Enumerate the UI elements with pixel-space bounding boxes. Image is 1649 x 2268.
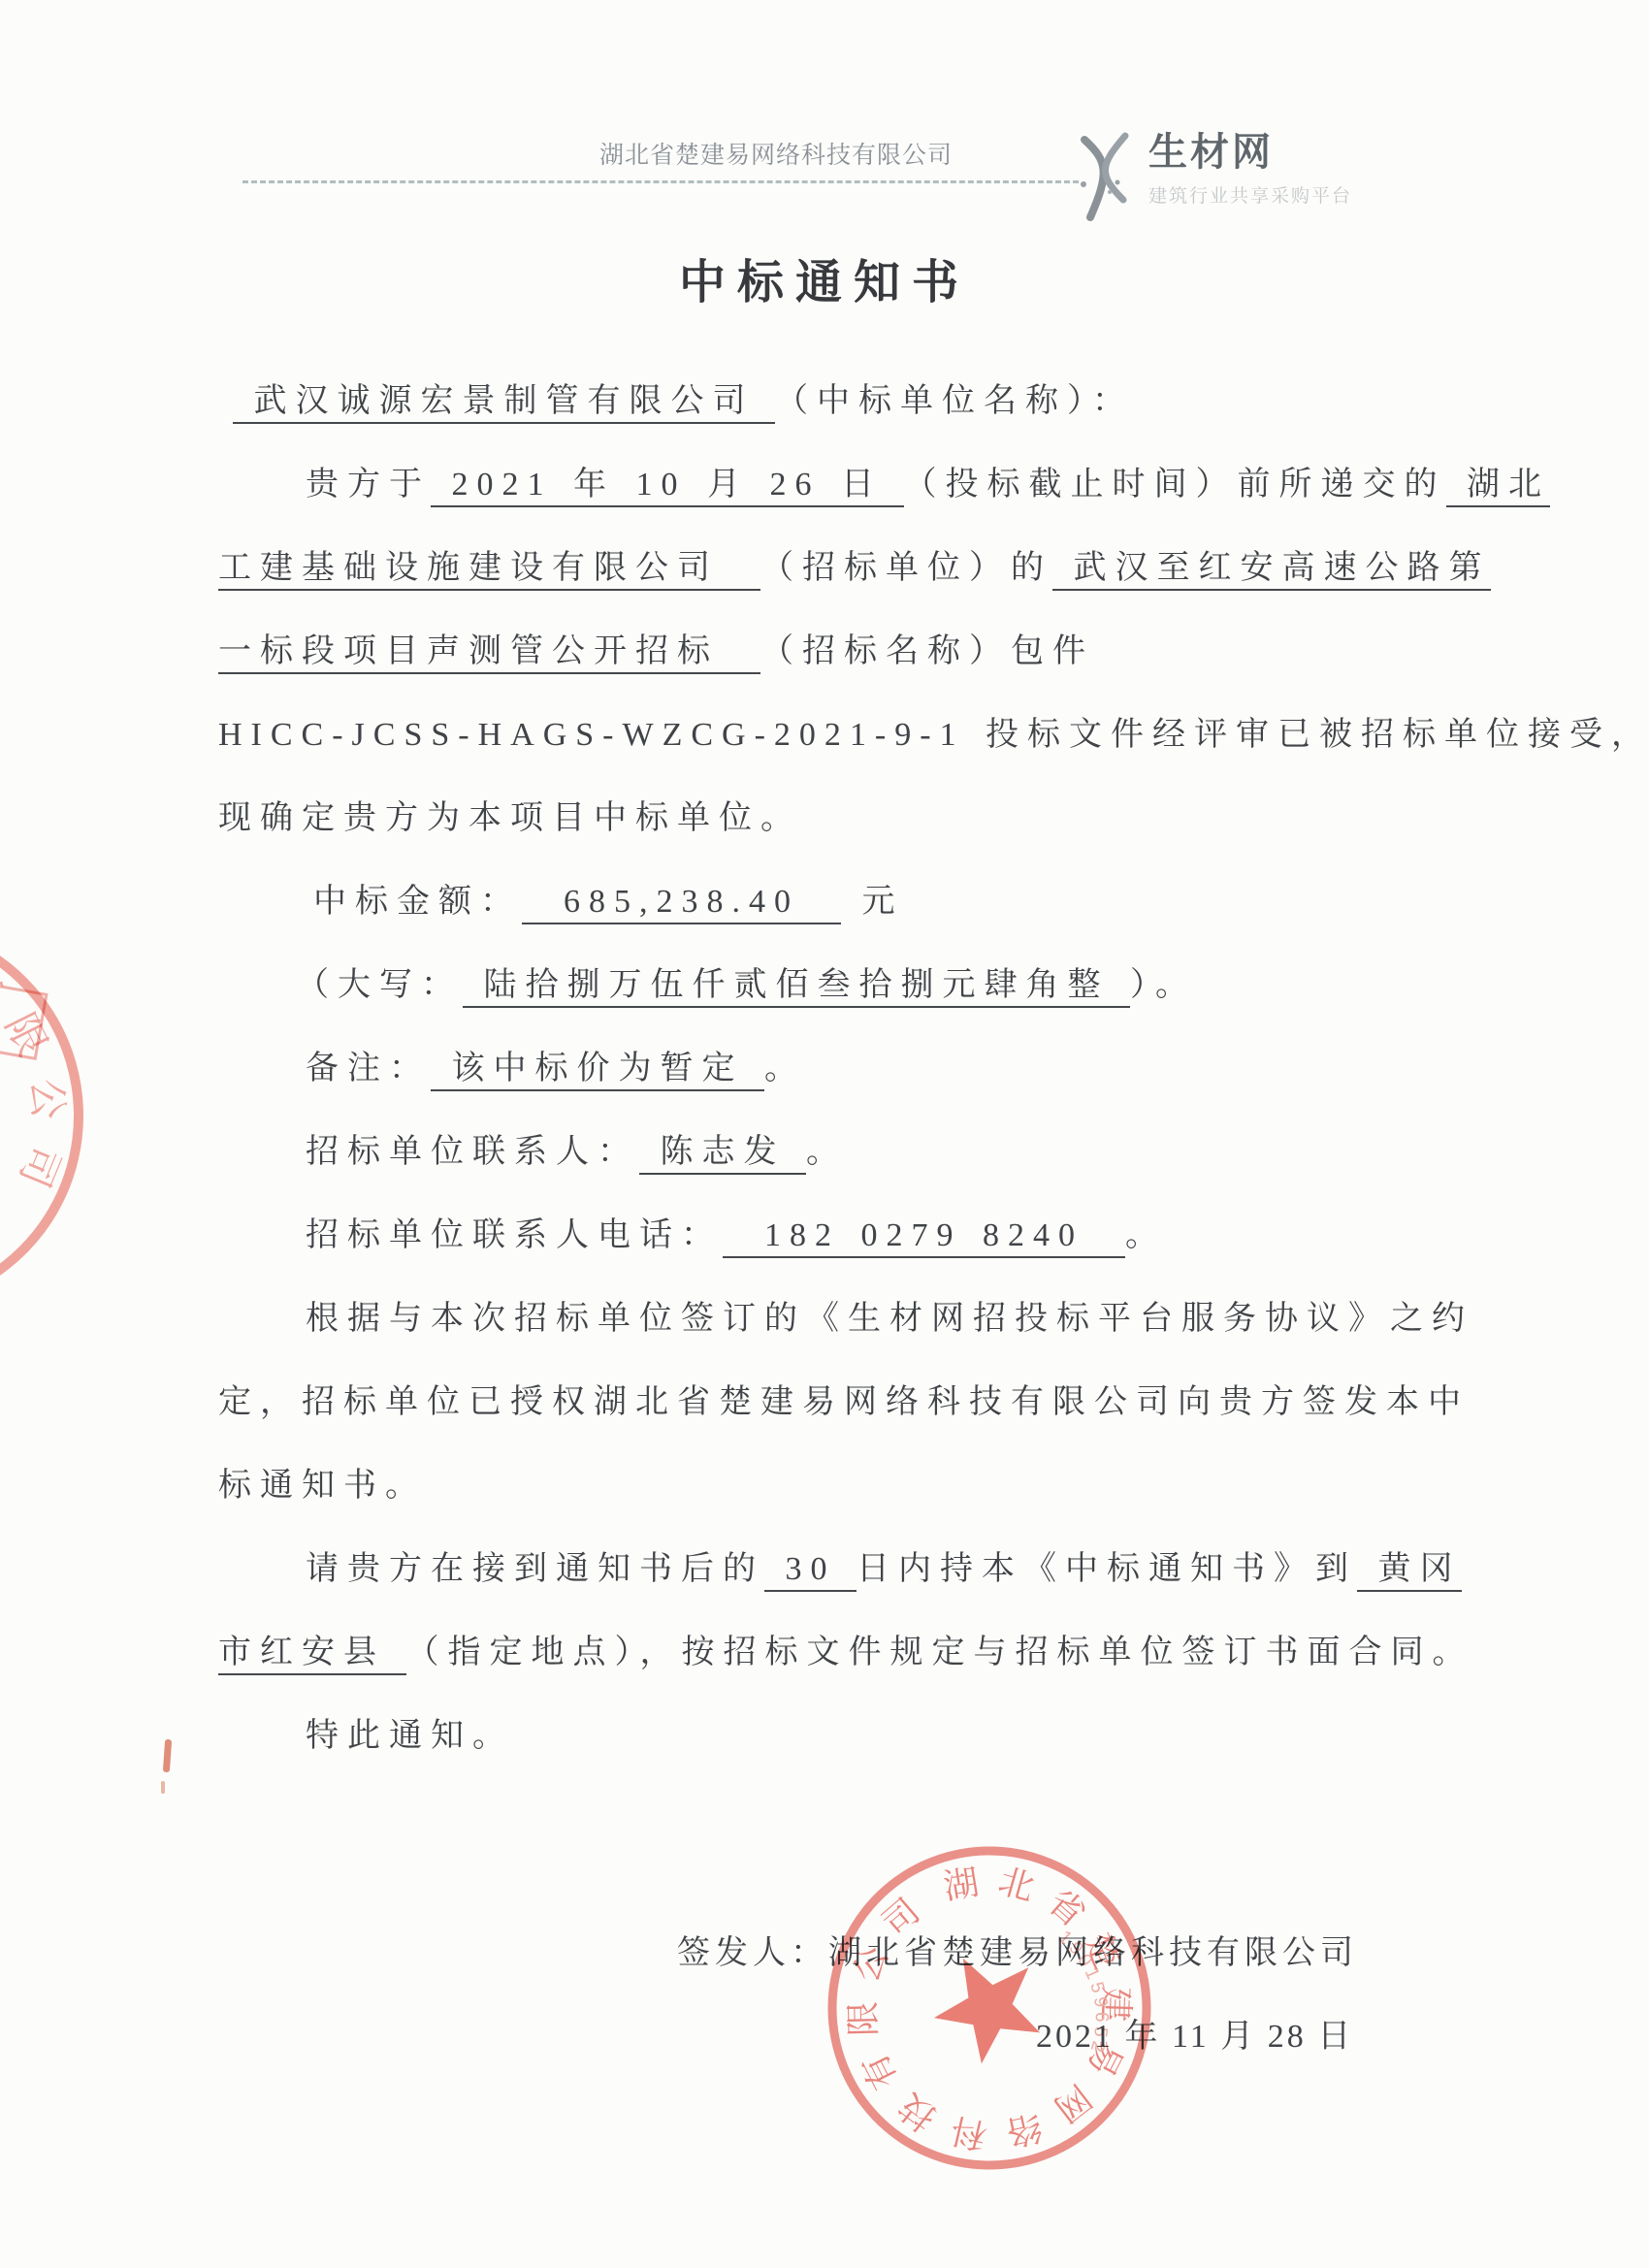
body-text: （投标截止时间）前所递交的 [904, 467, 1446, 502]
scanned-document-page: 湖北省楚建易网络科技有限公司 生材网 建筑行业共享采购平台 中标通知书 武汉诚源… [0, 0, 1649, 2268]
filled-in-value: 武汉至红安高速公路第 [1052, 550, 1491, 591]
filled-in-value: 武汉诚源宏景制管有限公司 [233, 383, 775, 424]
seal-ring-text: 湖北省楚建易网络科技有限公司 [0, 902, 102, 1329]
body-text: 现确定贵方为本项目中标单位。 [218, 800, 802, 836]
issue-date: 2021 年 11 月 28 日 [1036, 2012, 1353, 2062]
body-text: 贵方于 [306, 467, 431, 502]
body-line: HICC-JCSS-HAGS-WZCG-2021-9-1 投标文件经评审已被招标… [218, 694, 1567, 777]
header-dashed-divider [242, 180, 1079, 183]
svg-text:湖北省楚建易网络科技有限公司: 湖北省楚建易网络科技有限公司 [815, 1833, 1164, 2183]
body-line: 招标单位联系人： 陈志发 。 [218, 1111, 1567, 1194]
body-text: HICC-JCSS-HAGS-WZCG-2021-9-1 投标文件经评审已被招标… [218, 717, 1649, 753]
body-line: 贵方于 2021 年 10 月 26 日 （投标截止时间）前所递交的 湖北 [218, 443, 1567, 527]
body-text: （中标单位名称）： [775, 383, 1134, 419]
body-line: 请贵方在接到通知书后的 30 日内持本《中标通知书》到 黄冈 [218, 1528, 1567, 1611]
filled-in-value: 湖北 [1446, 467, 1551, 507]
square-seal-fragment [0, 983, 48, 1060]
body-text: （招标单位）的 [760, 550, 1052, 586]
filled-in-value: 市红安县 [218, 1635, 406, 1675]
body-line: 招标单位联系人电话： 182 0279 8240 。 [218, 1194, 1567, 1278]
filled-in-value: 182 0279 8240 [723, 1217, 1125, 1258]
seal-ring-text: 湖北省楚建易网络科技有限公司 [815, 1833, 1164, 2183]
body-line: 中标金额： 685,238.40 元 [218, 860, 1567, 944]
filled-in-value: 30 [764, 1551, 857, 1592]
logo-tagline: 建筑行业共享采购平台 [1148, 181, 1352, 208]
body-line: 工建基础设施建设有限公司 （招标单位）的 武汉至红安高速公路第 [218, 527, 1567, 610]
svg-text:湖北省楚建易网络科技有限公司: 湖北省楚建易网络科技有限公司 [0, 902, 102, 1329]
body-line: 特此通知。 [218, 1695, 1567, 1778]
filled-in-value: 2021 年 10 月 26 日 [431, 467, 904, 507]
body-text: 日内持本《中标通知书》到 [857, 1551, 1357, 1587]
logo-x-icon [1075, 132, 1135, 225]
filled-in-value: 工建基础设施建设有限公司 [218, 550, 760, 591]
body-line: （大写： 陆拾捌万伍仟贰佰叁拾捌元肆角整 ）。 [218, 944, 1567, 1027]
logo: 生材网 建筑行业共享采购平台 [1075, 130, 1385, 227]
body-line: 现确定贵方为本项目中标单位。 [218, 777, 1567, 860]
body-text: 定，招标单位已授权湖北省楚建易网络科技有限公司向贵方签发本中 [218, 1384, 1470, 1420]
body-text: 中标金额： [313, 884, 522, 920]
body-line: 武汉诚源宏景制管有限公司 （中标单位名称）： [218, 360, 1567, 443]
body-text: （指定地点），按招标文件规定与招标单位签订书面合同。 [406, 1635, 1474, 1670]
logo-name: 生材网 [1148, 130, 1352, 175]
body-text: （招标名称）包件 [760, 633, 1094, 669]
document-body: 武汉诚源宏景制管有限公司 （中标单位名称）：贵方于 2021 年 10 月 26… [218, 360, 1567, 1778]
filled-in-value: 该中标价为暂定 [431, 1051, 764, 1091]
body-text: 根据与本次招标单位签订的《生材网招投标平台服务协议》之约 [306, 1301, 1473, 1337]
body-text: 请贵方在接到通知书后的 [306, 1551, 764, 1587]
body-text: 标通知书。 [218, 1468, 427, 1504]
body-text: 。 [764, 1051, 806, 1086]
filled-in-value: 一标段项目声测管公开招标 [218, 633, 760, 674]
issuer-line: 签发人：湖北省楚建易网络科技有限公司 [677, 1928, 1358, 1979]
body-text: 元 [841, 884, 904, 920]
filled-in-value: 陆拾捌万伍仟贰佰叁拾捌元肆角整 [463, 967, 1130, 1008]
filled-in-value: 黄冈 [1357, 1551, 1462, 1592]
body-text: 。 [806, 1134, 848, 1170]
company-seal-stamp: 湖北省楚建易网络科技有限公司 190159652 [815, 1833, 1164, 2183]
red-ink-mark [163, 1739, 172, 1772]
left-partial-seal-stamp: 湖北省楚建易网络科技有限公司 [0, 902, 102, 1329]
body-line: 备注： 该中标价为暂定 。 [218, 1027, 1567, 1111]
filled-in-value: 685,238.40 [522, 884, 841, 924]
body-line: 一标段项目声测管公开招标 （招标名称）包件 [218, 610, 1567, 694]
body-line: 标通知书。 [218, 1444, 1567, 1528]
body-text: ）。 [1130, 967, 1197, 1003]
body-text: 特此通知。 [306, 1718, 514, 1754]
body-line: 市红安县 （指定地点），按招标文件规定与招标单位签订书面合同。 [218, 1611, 1567, 1695]
body-text: （大写： [296, 967, 463, 1003]
body-line: 根据与本次招标单位签订的《生材网招投标平台服务协议》之约 [218, 1278, 1567, 1361]
document-title: 中标通知书 [0, 244, 1649, 311]
body-line: 定，招标单位已授权湖北省楚建易网络科技有限公司向贵方签发本中 [218, 1361, 1567, 1444]
body-text: 招标单位联系人： [306, 1134, 639, 1170]
filled-in-value: 陈志发 [639, 1134, 806, 1175]
body-text: 。 [1125, 1217, 1167, 1253]
red-ink-dot [161, 1781, 165, 1794]
body-text: 招标单位联系人电话： [306, 1217, 723, 1253]
header-company-name: 湖北省楚建易网络科技有限公司 [599, 136, 953, 171]
logo-texts: 生材网 建筑行业共享采购平台 [1148, 130, 1352, 208]
body-text: 备注： [306, 1051, 431, 1086]
